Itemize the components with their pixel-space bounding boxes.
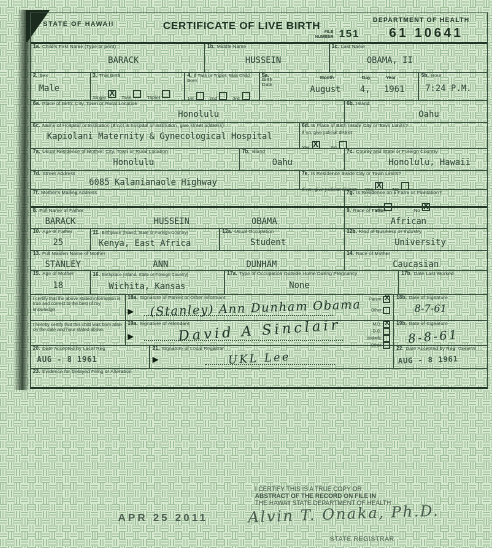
certificate-form: STATE OF HAWAII CERTIFICATE OF LIVE BIRT…: [30, 12, 488, 389]
field-hour: 5b.Hour 7:24 P.M.: [419, 73, 487, 100]
state-name: STATE OF HAWAII: [43, 21, 114, 28]
certificate-title: CERTIFICATE OF LIVE BIRTH: [163, 20, 320, 32]
row-father-name: 8.Full Name of Father BARACKHUSSEINOBAMA…: [31, 208, 487, 229]
field-father-birthplace: 11.Birthplace (Island, State or Foreign …: [91, 229, 220, 250]
parent-checkbox: X: [383, 296, 390, 303]
row-mother-name: 13.Full Maiden Name of Mother STANLEYANN…: [31, 251, 487, 271]
row-attendant-signature: I hereby certify that this child was bor…: [31, 321, 487, 346]
field-attendant-signature: 19a.Signature of Attendant ▶ David A Sin…: [126, 321, 395, 345]
row-mother-details: 15.Age of Mother 18 16.Birthplace (Islan…: [31, 271, 487, 295]
field-birth-island: 6b.Island Oahu: [345, 101, 487, 122]
general-acceptance-stamp: AUG - 8 1961: [396, 353, 485, 365]
second-born-checkbox: [219, 92, 227, 100]
attendant-signature-date: 8-8-61: [396, 325, 485, 347]
field-street-address: 7d.Street Address 6085 Kalanianaole High…: [31, 171, 300, 189]
field-farm-plantation: 7g.Is Residence on a Farm or Plantation?…: [345, 190, 487, 206]
field-mother-age: 15.Age of Mother 18: [31, 271, 91, 294]
birth-limits-no-checkbox: [339, 141, 347, 149]
birth-year: 1961: [384, 85, 404, 95]
row-street-address: 7d.Street Address 6085 Kalanianaole High…: [31, 171, 487, 190]
field-date-accepted-general: 22.Date Accepted by Reg. General AUG - 8…: [394, 346, 487, 368]
field-twin-order: 4.If Twin or Triplet, Was Child Born 1st…: [185, 73, 260, 100]
field-informant-signature-date: 18b.Date of Signature 8-7-61: [394, 295, 487, 320]
field-mother-race: 14.Race of Mother Caucasian: [345, 251, 487, 270]
local-acceptance-stamp: AUG - 8 1961: [33, 355, 147, 364]
field-place-of-birth: 6a.Place of Birth: City, Town or Rural L…: [31, 101, 345, 122]
do-checkbox: [383, 328, 390, 335]
field-child-middle-name: 1b.Middle Name HUSSEIN: [205, 44, 329, 72]
field-this-birth: 3.This Birth SingleX Twin Triplet: [91, 73, 186, 100]
field-date-accepted-local: 20.Date Accepted by Local Reg. AUG - 8 1…: [31, 346, 150, 368]
field-father-occupation: 12a.Usual Occupation Student: [220, 229, 344, 250]
row-father-details: 10.Age of Father 25 11.Birthplace (Islan…: [31, 229, 487, 251]
informant-signature-date: 8-7-61: [396, 304, 485, 315]
row-place-of-birth: 6a.Place of Birth: City, Town or Rural L…: [31, 101, 487, 123]
certificate-number: 61 10641: [389, 25, 463, 40]
field-sex: 2.Sex Male: [31, 73, 91, 100]
midwife-checkbox: [383, 335, 390, 342]
field-informant-signature: 18a.Signature of Parent or Other Informa…: [126, 295, 395, 320]
state-registrar-title: STATE REGISTRAR: [330, 536, 394, 543]
field-county-state: 7c.County and State or Foreign Country H…: [345, 149, 487, 170]
field-hospital-name: 6c.Name of Hospital or Institution (If n…: [31, 123, 300, 148]
birth-day: 4,: [360, 85, 370, 95]
received-date-stamp: APR 25 2011: [118, 512, 208, 524]
field-child-first-name: 1a.Child's First Name (Type or print) BA…: [31, 44, 205, 72]
signature-arrow-icon: ▶: [152, 356, 158, 364]
field-mother-birthplace: 16.Birthplace (Island, State or Foreign …: [91, 271, 225, 294]
row-mailing-address: 7f.Mother's Mailing Address 7g.Is Reside…: [31, 190, 487, 208]
field-father-age: 10.Age of Father 25: [31, 229, 91, 250]
md-checkbox: X: [383, 321, 390, 328]
field-mother-maiden-name: 13.Full Maiden Name of Mother STANLEYANN…: [31, 251, 345, 270]
field-attendant-signature-date: 19b.Date of Signature 8-8-61: [394, 321, 487, 345]
row-registrar: 20.Date Accepted by Local Reg. AUG - 8 1…: [31, 346, 487, 369]
birth-month: August: [310, 85, 341, 95]
field-birth-city-limits: 6d.Is Place of Birth Inside City or Town…: [300, 123, 487, 148]
informant-certification-text: I certify that the above stated informat…: [31, 295, 126, 320]
twin-checkbox: [133, 90, 141, 98]
row-child-name: 1a.Child's First Name (Type or print) BA…: [31, 44, 487, 73]
file-number-label: FILE NUMBER: [315, 30, 333, 39]
field-child-last-name: 1c.Last Name OBAMA, II: [330, 44, 487, 72]
field-father-industry: 12b.Kind of Business or Industry Univers…: [345, 229, 487, 250]
signature-arrow-icon: ▶: [128, 333, 134, 341]
row-evidence: 23.Evidence for Delayed Filing or Altera…: [31, 369, 487, 391]
field-birth-date: 5a. BirthDate Month Day Year August 4, 1…: [260, 73, 419, 100]
birth-limits-yes-checkbox: X: [312, 141, 320, 149]
field-mailing-address: 7f.Mother's Mailing Address: [31, 190, 345, 206]
row-mother-residence: 7a.Usual Residence of Mother: City, Town…: [31, 149, 487, 171]
department-name: DEPARTMENT OF HEALTH: [373, 17, 470, 24]
row-birth-details: 2.Sex Male 3.This Birth SingleX Twin Tri…: [31, 73, 487, 101]
row-informant-signature: I certify that the above stated informat…: [31, 295, 487, 321]
field-evidence-delayed-filing: 23.Evidence for Delayed Filing or Altera…: [31, 369, 487, 391]
field-residence-city-limits: 7e.Is Residence Inside City or Town Limi…: [300, 171, 487, 189]
field-mother-residence: 7a.Usual Residence of Mother: City, Town…: [31, 149, 240, 170]
single-checkbox: X: [108, 90, 116, 98]
signature-arrow-icon: ▶: [128, 308, 134, 316]
file-number-stamp: 151: [339, 28, 360, 40]
row-hospital: 6c.Name of Hospital or Institution (If n…: [31, 123, 487, 149]
other-informant-checkbox: [383, 307, 390, 314]
field-residence-island: 7b.Island Oahu: [240, 149, 345, 170]
attendant-certification-text: I hereby certify that this child was bor…: [31, 321, 126, 345]
form-header: STATE OF HAWAII CERTIFICATE OF LIVE BIRT…: [31, 13, 487, 44]
field-date-last-worked: 17b.Date Last Worked: [399, 271, 487, 294]
field-local-registrar-signature: 21.Signature of Local Registrar ▶ UKL Le…: [150, 346, 394, 368]
triplet-checkbox: [162, 90, 170, 98]
third-born-checkbox: [242, 92, 250, 100]
birth-certificate-document: STATE OF HAWAII CERTIFICATE OF LIVE BIRT…: [0, 0, 492, 548]
field-father-name: 8.Full Name of Father BARACKHUSSEINOBAMA: [31, 208, 345, 228]
first-born-checkbox: [196, 92, 204, 100]
field-father-race: 9.Race of Father African: [345, 208, 487, 228]
field-mother-occupation: 17a.Type of Occupation Outside Home Duri…: [225, 271, 399, 294]
